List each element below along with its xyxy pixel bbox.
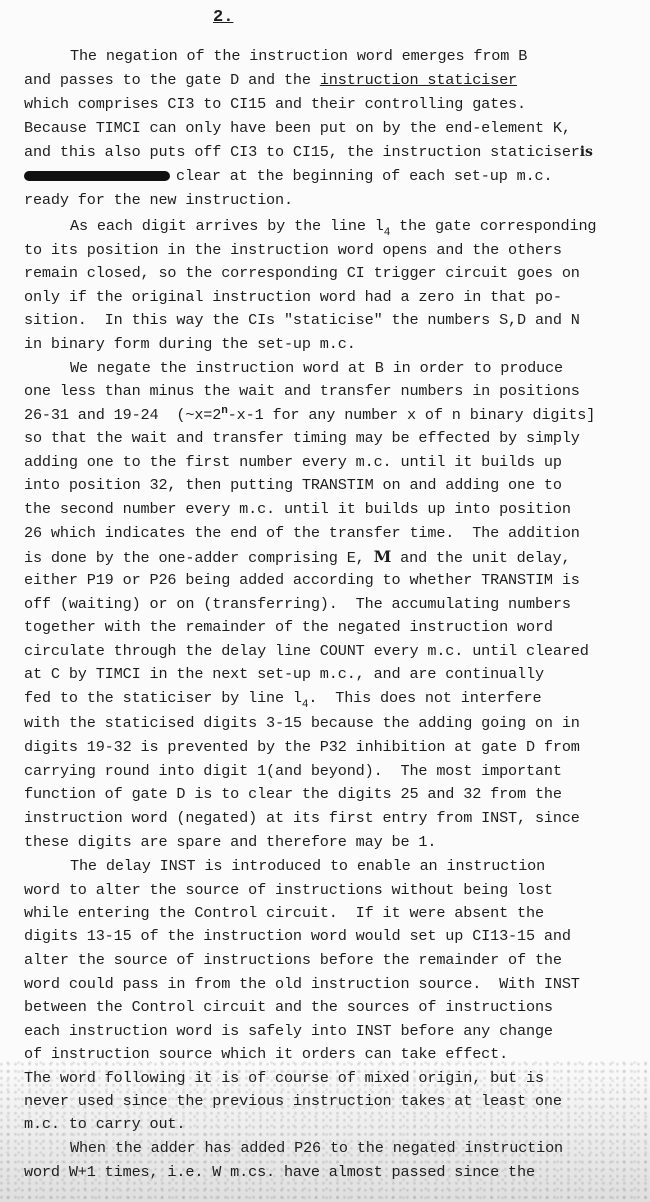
text-span: fed to the staticiser by line l xyxy=(24,689,302,707)
text-line: The delay INST is introduced to enable a… xyxy=(70,856,545,876)
text-line: carrying round into digit 1(and beyond).… xyxy=(24,761,562,781)
text-line: m.c. to carry out. xyxy=(24,1114,185,1134)
text-line: word could pass in from the old instruct… xyxy=(24,974,580,994)
text-line: each instruction word is safely into INS… xyxy=(24,1021,553,1041)
handwritten-correction: M xyxy=(374,547,392,566)
text-line: alter the source of instructions before … xyxy=(24,950,562,970)
text-line: function of gate D is to clear the digit… xyxy=(24,784,562,804)
underlined-term: instruction staticiser xyxy=(320,71,517,89)
handwritten-correction: is xyxy=(580,144,593,160)
text-line: fed to the staticiser by line l4. This d… xyxy=(24,688,541,708)
text-line: between the Control circuit and the sour… xyxy=(24,997,553,1017)
text-line: at C by TIMCI in the next set-up m.c., a… xyxy=(24,664,544,684)
text-line: together with the remainder of the negat… xyxy=(24,617,553,637)
text-line: When the adder has added P26 to the nega… xyxy=(70,1138,563,1158)
text-line: The negation of the instruction word eme… xyxy=(70,46,527,66)
text-line: ready for the new instruction. xyxy=(24,190,293,210)
text-line: of instruction source which it orders ca… xyxy=(24,1044,508,1064)
text-line: to its position in the instruction word … xyxy=(24,240,562,260)
text-line: either P19 or P26 being added according … xyxy=(24,570,580,590)
text-line: digits 19-32 is prevented by the P32 inh… xyxy=(24,737,580,757)
text-span: 26-31 and 19-24 (~x=2 xyxy=(24,406,221,424)
text-span: and passes to the gate D and the xyxy=(24,71,320,89)
text-line: never used since the previous instructio… xyxy=(24,1091,562,1111)
document-page: 2. The negation of the instruction word … xyxy=(0,0,650,1202)
text-span: . This does not interfere xyxy=(308,689,541,707)
text-line: off (waiting) or on (transferring). The … xyxy=(24,594,571,614)
text-line: so that the wait and transfer timing may… xyxy=(24,428,580,448)
text-line: Because TIMCI can only have been put on … xyxy=(24,118,571,138)
text-line: 26 which indicates the end of the transf… xyxy=(24,523,580,543)
text-line: in binary form during the set-up m.c. xyxy=(24,334,356,354)
text-span: -x-1 for any number x of n binary digits… xyxy=(228,406,596,424)
text-line: with the staticised digits 3-15 because … xyxy=(24,713,580,733)
text-line: 26-31 and 19-24 (~x=2n-x-1 for any numbe… xyxy=(24,405,595,425)
text-line: As each digit arrives by the line l4 the… xyxy=(70,216,596,236)
page-number-text: 2. xyxy=(213,8,233,27)
text-span: As each digit arrives by the line l xyxy=(70,217,384,235)
text-line: word W+1 times, i.e. W m.cs. have almost… xyxy=(24,1162,535,1182)
text-line: digits 13-15 of the instruction word wou… xyxy=(24,926,571,946)
text-span: and the unit delay, xyxy=(391,549,570,567)
text-line: circulate through the delay line COUNT e… xyxy=(24,641,589,661)
text-span: and this also puts off CI3 to CI15, the … xyxy=(24,143,580,161)
text-line: sition. In this way the CIs "staticise" … xyxy=(24,310,580,330)
page-number: 2. xyxy=(213,8,233,27)
text-span: clear at the beginning of each set-up m.… xyxy=(176,167,553,185)
text-line: instruction word (negated) at its first … xyxy=(24,808,580,828)
text-line: these digits are spare and therefore may… xyxy=(24,832,436,852)
text-line: word to alter the source of instructions… xyxy=(24,880,553,900)
text-line: and this also puts off CI3 to CI15, the … xyxy=(24,142,593,162)
text-line: is done by the one-adder comprising E, M… xyxy=(24,547,570,568)
text-line: and passes to the gate D and the instruc… xyxy=(24,70,517,90)
text-line: which comprises CI3 to CI15 and their co… xyxy=(24,94,526,114)
text-line: into position 32, then putting TRANSTIM … xyxy=(24,475,562,495)
text-line: while entering the Control circuit. If i… xyxy=(24,903,544,923)
text-line: only if the original instruction word ha… xyxy=(24,287,562,307)
text-line: remain closed, so the corresponding CI t… xyxy=(24,263,580,283)
text-line: We negate the instruction word at B in o… xyxy=(70,358,563,378)
text-line: The word following it is of course of mi… xyxy=(24,1068,544,1088)
text-line: adding one to the first number every m.c… xyxy=(24,452,562,472)
text-line: one less than minus the wait and transfe… xyxy=(24,381,580,401)
text-span: the gate corresponding xyxy=(390,217,596,235)
text-span: is done by the one-adder comprising E, xyxy=(24,549,374,567)
text-line: the second number every m.c. until it bu… xyxy=(24,499,571,519)
redaction-mark xyxy=(24,171,170,181)
text-line: clear at the beginning of each set-up m.… xyxy=(24,166,553,186)
